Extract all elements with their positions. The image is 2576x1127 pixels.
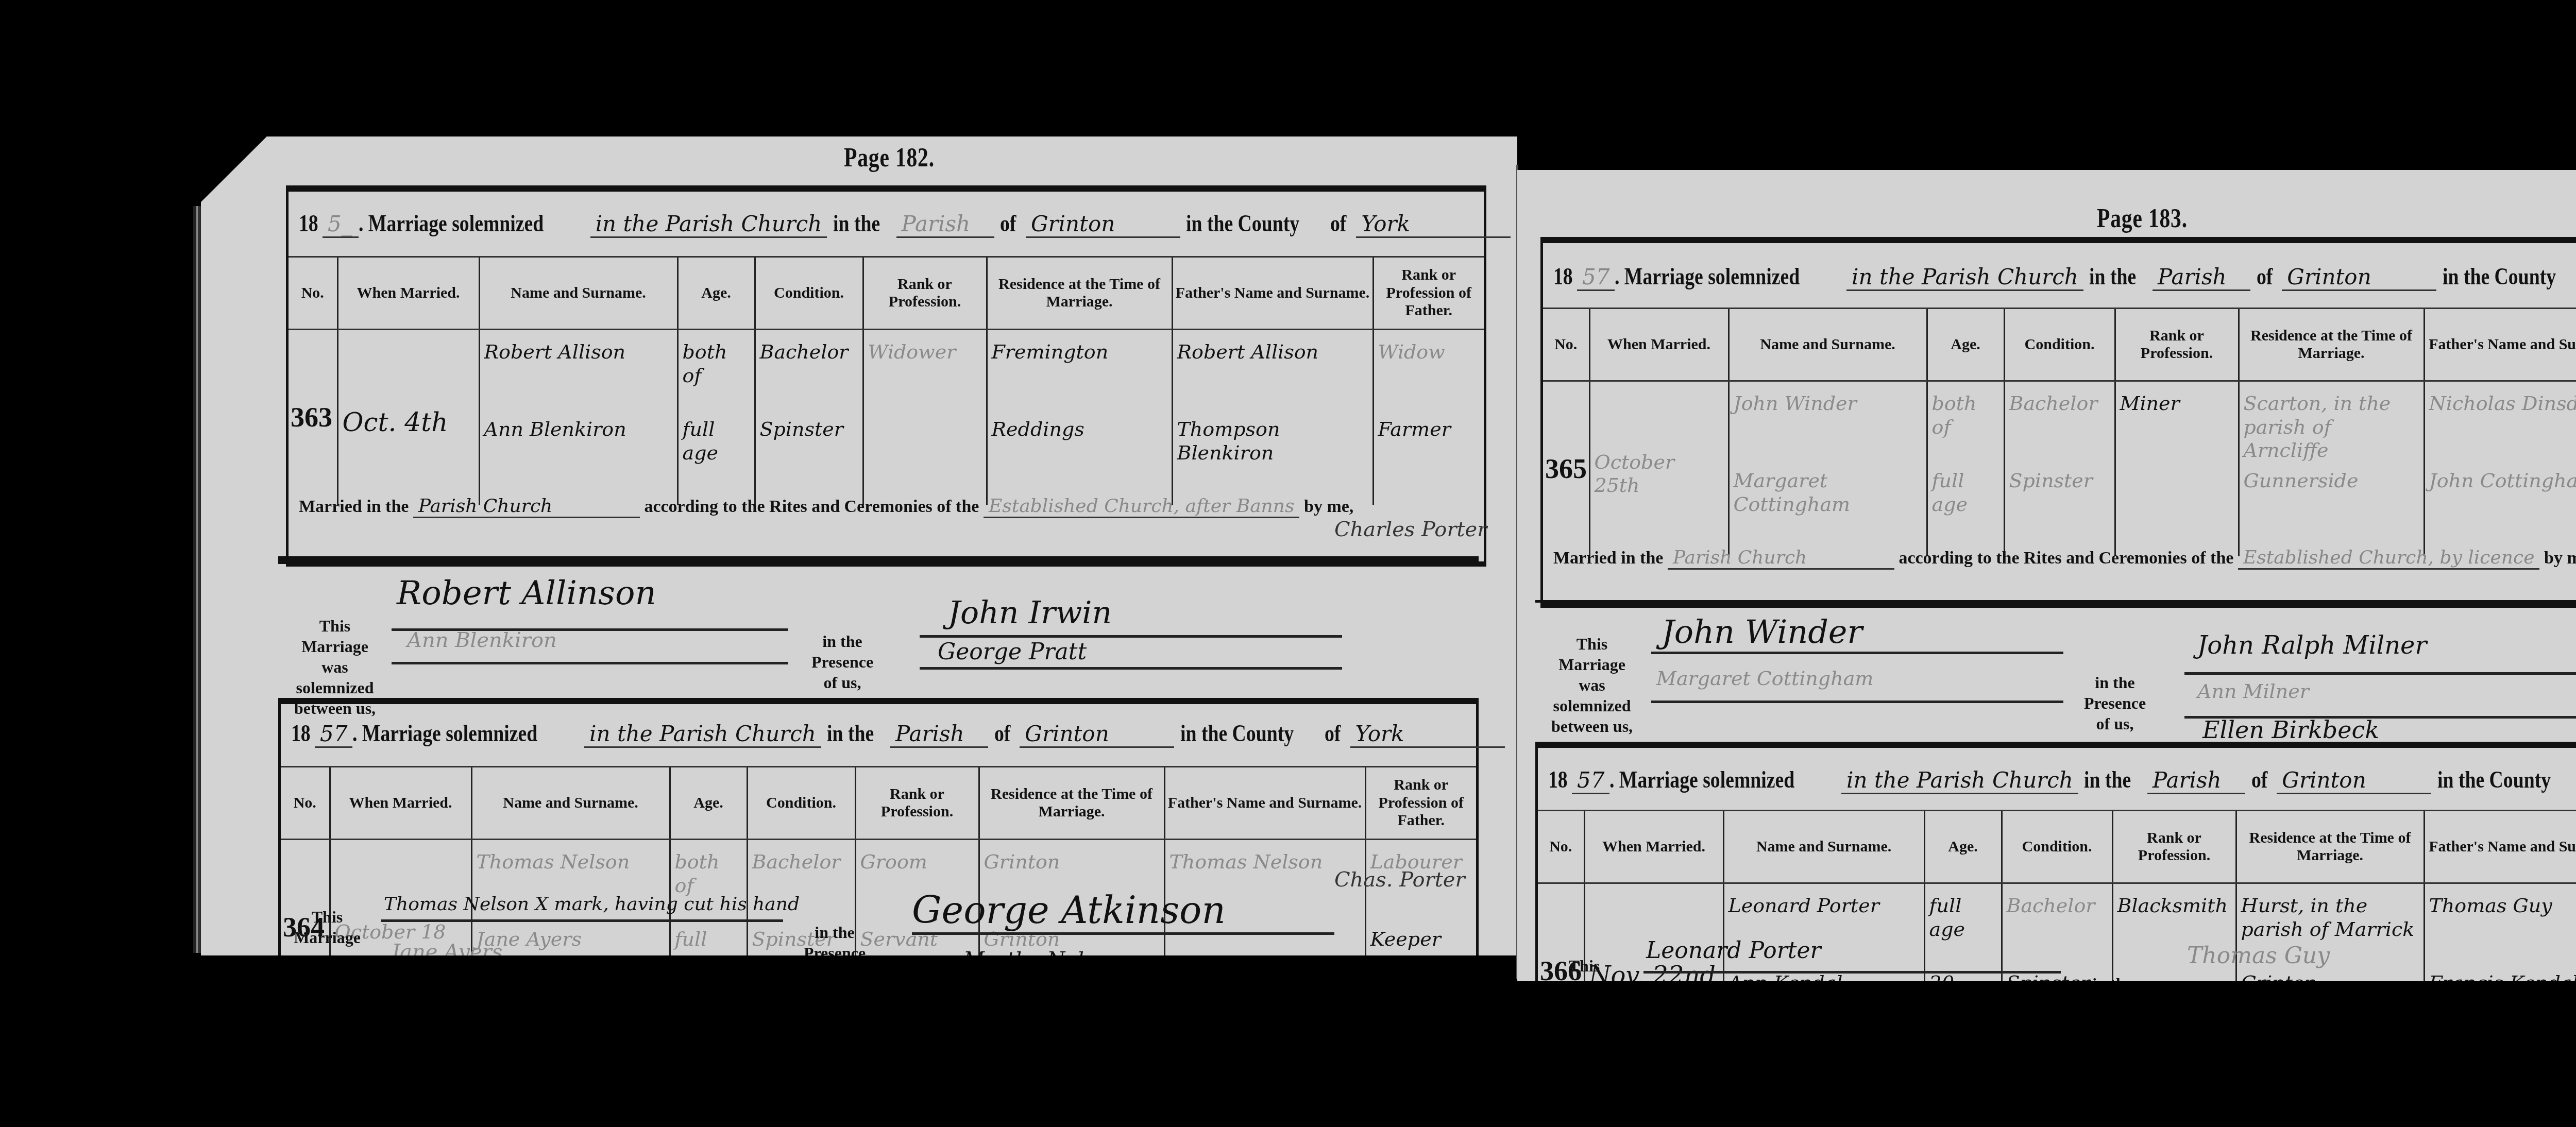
groom-age: both of <box>1932 392 1999 469</box>
married-in-value: Parish Church <box>1668 547 1894 570</box>
label-of: of <box>994 720 1010 747</box>
bride-father: Francis Kendal <box>2429 971 2576 1049</box>
label-marriage-solemnized: . Marriage solemnized <box>352 720 537 747</box>
label-marriage-solemnized: . Marriage solemnized <box>1615 263 1800 290</box>
ages: both offull age <box>677 330 755 505</box>
witness-signature-1: John Ralph Milner <box>2197 631 2427 660</box>
entry-number: 363 <box>289 330 337 505</box>
table-row: 365 October 25th John WinderMargaret Cot… <box>1543 381 2576 556</box>
groom-age: full age <box>1929 894 1997 971</box>
fathers: Nicholas DinsdaleJohn Cottingham <box>2424 381 2576 556</box>
place: in the Parish Church <box>584 721 821 748</box>
rites-value: Established Church, after banns <box>976 1005 1290 1028</box>
witness-signature-1: John Irwin <box>948 595 1112 631</box>
col-rank: Rank or Profession. <box>2115 309 2239 381</box>
groom-name: John Winder <box>1734 392 1922 469</box>
entry-number: 365 <box>1543 381 1589 556</box>
groom-residence: Fremington <box>992 340 1167 418</box>
label-of: of <box>1000 210 1016 237</box>
label-presence: in thePresenceof us, <box>2074 974 2151 1035</box>
district-type: Parish <box>2147 767 2245 794</box>
col-rank: Rank or Profession. <box>855 767 979 840</box>
rites-value: Established Church, by licence <box>2238 547 2540 570</box>
table-header-row: No. When Married. Name and Surname. Age.… <box>281 767 1476 840</box>
bride-residence: Grinton <box>984 928 1160 1005</box>
label-in-the: in the <box>2084 766 2131 793</box>
label-presence: in thePresenceof us, <box>796 922 873 984</box>
col-name: Name and Surname. <box>471 767 670 840</box>
label-married-in: Married in the <box>291 1007 401 1026</box>
married-in-value: Parish Church <box>1663 1047 1889 1069</box>
year-prefix: 18 <box>299 210 318 237</box>
when-married: October 25th <box>1589 381 1728 556</box>
lbl-line: This Marriage <box>301 617 368 656</box>
col-father-rank: Rank or Profession of Father. <box>1373 257 1484 330</box>
label-according-to: according to the Rites and Ceremonies of… <box>644 497 979 516</box>
conditions: BachelorSpinster <box>2004 381 2115 556</box>
signature-line <box>2184 672 2576 675</box>
col-residence: Residence at the Time of Marriage. <box>979 767 1164 840</box>
year-suffix: 57 <box>1577 264 1615 291</box>
witness-signature-2: Ann Milner <box>2197 680 2309 703</box>
col-age: Age. <box>1927 309 2004 381</box>
witness-signature-3: Alice Brown <box>948 994 1062 1015</box>
bride-age: full age <box>683 418 750 495</box>
col-father-rank: Rank or Profession of Father. <box>1365 767 1476 840</box>
lbl-line: Presence <box>804 944 866 962</box>
lbl-line: Presence <box>2084 694 2146 712</box>
lbl-line: Presence <box>2081 995 2143 1014</box>
year-prefix: 18 <box>291 720 311 747</box>
label-county: in the County <box>1186 210 1299 237</box>
residences: FremingtonReddings <box>987 330 1172 505</box>
col-father-name: Father's Name and Surname. <box>1172 257 1373 330</box>
witness-signature-2: Martha Nelson <box>963 948 1120 971</box>
label-county: in the County <box>2437 766 2551 793</box>
married-in-line: Married in the Parish Church according t… <box>291 1005 1466 1028</box>
groom-father: Nicholas Dinsdale <box>2429 392 2576 469</box>
label-county: in the County <box>2443 263 2556 290</box>
district: Grinton <box>1020 721 1174 748</box>
bride-name: Ann Blenkiron <box>484 418 673 495</box>
entry-header: 1857. Marriage solemnized in the Parish … <box>1548 766 2576 794</box>
col-age: Age. <box>677 257 755 330</box>
rites-value: Established Church, after Banns <box>2233 1047 2549 1069</box>
residences: Hurst, in the parish of MarrickGrinton <box>2236 883 2424 1058</box>
signature-line <box>920 667 1342 670</box>
bride-residence: Gunnerside <box>2244 469 2419 547</box>
bride-father: John Cottingham <box>2429 469 2576 547</box>
married-in-value: Parish Church <box>413 496 640 518</box>
bride-rank <box>2120 469 2234 547</box>
ranks: Blacksmith <box>2112 883 2236 1058</box>
groom-age: both of <box>675 850 742 928</box>
col-when-married: When Married. <box>1584 811 1723 883</box>
signature-line <box>392 662 788 664</box>
col-when-married: When Married. <box>337 257 479 330</box>
label-presence: in thePresenceof us, <box>2076 672 2154 734</box>
district: Grinton <box>1026 211 1180 238</box>
entry-header: 1857. Marriage solemnized in the Parish … <box>291 720 1466 748</box>
label-by-me: by me, <box>1295 1007 1344 1026</box>
lbl-line: solemnized <box>288 969 366 988</box>
county: York <box>1356 211 1511 238</box>
register-table: No. When Married. Name and Surname. Age.… <box>1538 810 2576 1058</box>
party-signature-2: Ann Kendal X mark <box>1646 984 1849 1008</box>
married-in-line: Married in the Parish Church according t… <box>1548 1047 2576 1069</box>
bride-father-rank: Keeper <box>1370 928 1472 1005</box>
when-married: Oct. 4th <box>337 330 479 505</box>
district-type: Parish <box>890 721 988 748</box>
table-header-row: No. When Married. Name and Surname. Age.… <box>289 257 1484 330</box>
bride-name: Jane Ayers <box>477 928 665 1005</box>
district: Grinton <box>2282 264 2436 291</box>
lbl-line: solemnized <box>1553 696 1631 715</box>
label-by-me: by me, <box>2544 549 2576 568</box>
signature-line <box>1651 701 2063 703</box>
signature-line <box>912 971 1334 974</box>
col-rank: Rank or Profession. <box>863 257 987 330</box>
party-signature-1: John Winder <box>1662 613 1862 651</box>
district: Grinton <box>2277 767 2431 794</box>
lbl-line: was <box>314 949 341 967</box>
lbl-line: was <box>321 658 348 676</box>
register-page-left: Page 182. 185_. Marriage solemnized in t… <box>201 136 1517 955</box>
signature-line <box>2184 716 2576 719</box>
entry-header: 1857. Marriage solemnized in the Parish … <box>1553 263 2576 291</box>
fathers: Thomas GuyFrancis Kendal <box>2424 883 2576 1058</box>
place: in the Parish Church <box>1841 767 2078 794</box>
marriage-entry-366: 1857. Marriage solemnized in the Parish … <box>1535 742 2576 1107</box>
groom-name: Thomas Nelson <box>477 850 665 928</box>
bride-residence: Grinton <box>2241 971 2419 1049</box>
party-signature-2: Jane Ayers <box>392 940 502 964</box>
signature-line <box>381 919 783 922</box>
bride-father <box>1170 928 1361 1005</box>
lbl-line: was <box>1571 998 1598 1016</box>
party-signature-2: Margaret Cottingham <box>1656 667 1873 690</box>
table-row: 364 October 18 Thomas NelsonJane Ayers b… <box>281 840 1476 1015</box>
label-marriage-solemnized: . Marriage solemnized <box>359 210 544 237</box>
label-according-to: according to the Rites and Ceremonies of… <box>1899 549 2233 568</box>
register-page-right: Page 183. 1857. Marriage solemnized in t… <box>1517 170 2576 981</box>
signature-line <box>1651 652 2063 654</box>
col-name: Name and Surname. <box>1723 811 1924 883</box>
signature-line <box>1643 1012 2061 1015</box>
lbl-line: between us, <box>1551 717 1633 736</box>
groom-rank: Miner <box>2120 392 2234 469</box>
witness-signature-3: Frances Kendal <box>2187 1022 2375 1050</box>
bride-residence: Reddings <box>992 418 1167 495</box>
signature-line <box>920 635 1342 638</box>
groom-condition: Bachelor <box>2007 894 2108 971</box>
groom-age: both of <box>683 340 750 418</box>
bride-age: full age <box>675 928 742 1005</box>
district-type: Parish <box>896 211 994 238</box>
register-table: No. When Married. Name and Surname. Age.… <box>281 766 1476 1015</box>
col-father-name: Father's Name and Surname. <box>2424 309 2576 381</box>
bride-father: Thompson Blenkiron <box>1177 418 1368 495</box>
married-in-line: Married in the Parish Church according t… <box>1553 547 2576 570</box>
bride-rank <box>868 418 982 495</box>
col-condition: Condition. <box>747 767 855 840</box>
col-no: No. <box>289 257 337 330</box>
groom-father: Thomas Guy <box>2429 894 2576 971</box>
register-table: No. When Married. Name and Surname. Age.… <box>289 256 1484 505</box>
lbl-line: solemnized <box>1545 1018 1623 1037</box>
label-by-me: by me, <box>2553 1048 2576 1067</box>
bride-condition: Spinster <box>2007 971 2108 1049</box>
names: John WinderMargaret Cottingham <box>1728 381 1927 556</box>
label-in-the: in the <box>827 720 874 747</box>
label-presence: in thePresenceof us, <box>804 631 881 693</box>
label-married-in: Married in the <box>1548 1048 1658 1067</box>
label-married-in: Married in the <box>1553 549 1663 568</box>
party-signature-2: Ann Blenkiron <box>407 628 557 652</box>
party-signature-1: Thomas Nelson X mark, having cut his han… <box>384 894 800 915</box>
table-header-row: No. When Married. Name and Surname. Age.… <box>1538 811 2576 883</box>
lbl-line: in the <box>2095 673 2134 692</box>
district-type: Parish <box>2153 264 2250 291</box>
signature-line <box>381 961 783 963</box>
col-when-married: When Married. <box>1589 309 1728 381</box>
col-father-name: Father's Name and Surname. <box>1164 767 1365 840</box>
label-married-in: Married in the <box>299 497 409 516</box>
label-county-of: of <box>1325 720 1341 747</box>
groom-condition: Bachelor <box>760 340 858 418</box>
col-name: Name and Surname. <box>479 257 677 330</box>
signature-line <box>392 628 788 631</box>
marriage-entry-364: 1857. Marriage solemnized in the Parish … <box>278 698 1479 1079</box>
lbl-line: was <box>1579 676 1605 694</box>
ranks: Widower <box>863 330 987 505</box>
witness-signature-1: George Atkinson <box>912 889 1226 932</box>
marriage-entry-366 <box>1535 600 2576 603</box>
when-married-value: Oct. 4th <box>343 407 448 437</box>
lbl-line: of us, <box>824 673 861 692</box>
col-residence: Residence at the Time of Marriage. <box>2239 309 2424 381</box>
year-prefix: 18 <box>1548 766 1568 793</box>
signature-line <box>1643 971 2061 974</box>
residences: Scarton, in the parish of ArncliffeGunne… <box>2239 381 2424 556</box>
witness-signature-3: Ellen Birkbeck <box>2202 716 2379 744</box>
officiant-signature: Chas. Porter <box>1334 868 1465 892</box>
groom-father-rank: Widow <box>1378 340 1480 418</box>
bride-rank: Servant <box>860 928 974 1005</box>
label-this-marriage: This Marriagewassolemnizedbetween us, <box>1546 634 1638 737</box>
groom-residence: Scarton, in the parish of Arncliffe <box>2244 392 2419 469</box>
page-number: Page 182. <box>844 143 935 173</box>
year-suffix: 57 <box>315 721 352 748</box>
names: Robert AllisonAnn Blenkiron <box>479 330 677 505</box>
col-no: No. <box>1543 309 1589 381</box>
label-of: of <box>2251 766 2267 793</box>
ages: both offull age <box>670 840 747 1015</box>
ages: both offull age <box>1927 381 2004 556</box>
father-ranks: LabourerKeeper <box>1365 840 1476 1015</box>
groom-rank: Widower <box>868 340 982 418</box>
father-ranks: WidowFarmer <box>1373 330 1484 505</box>
lbl-line: This Marriage <box>1551 957 1618 996</box>
names: Thomas NelsonJane Ayers <box>471 840 670 1015</box>
register-table: No. When Married. Name and Surname. Age.… <box>1543 308 2576 556</box>
lbl-line: This Marriage <box>1558 635 1625 674</box>
label-this-marriage: This Marriagewassolemnizedbetween us, <box>281 907 374 1010</box>
table-row: 363 Oct. 4th Robert AllisonAnn Blenkiron… <box>289 330 1484 505</box>
year-prefix: 18 <box>1553 263 1573 290</box>
year-suffix: 57 <box>1572 767 1609 794</box>
entry-header: 185_. Marriage solemnized in the Parish … <box>299 210 1473 238</box>
ranks: Miner <box>2115 381 2239 556</box>
when-married-value: October 25th <box>1595 451 1675 497</box>
bride-rank <box>2117 971 2231 1049</box>
fathers: Robert AllisonThompson Blenkiron <box>1172 330 1373 505</box>
col-name: Name and Surname. <box>1728 309 1927 381</box>
page-number: Page 183. <box>2097 203 2188 234</box>
bride-condition: Spinster <box>2009 469 2110 547</box>
col-age: Age. <box>1924 811 2002 883</box>
bride-name: Margaret Cottingham <box>1734 469 1922 547</box>
lbl-line: This Marriage <box>294 908 361 947</box>
place: in the Parish Church <box>590 211 827 238</box>
marriage-entry-364 <box>278 556 1479 564</box>
year-suffix: 5_ <box>323 211 359 238</box>
label-marriage-solemnized: . Marriage solemnized <box>1609 766 1794 793</box>
bride-age: full age <box>1932 469 1999 547</box>
witness-signature-2: Ann Guy <box>2187 989 2272 1012</box>
marriage-entry-363: 185_. Marriage solemnized in the Parish … <box>286 185 1486 567</box>
married-in-value: Parish Church <box>405 1005 632 1028</box>
lbl-line: of us, <box>816 964 854 983</box>
col-when-married: When Married. <box>330 767 471 840</box>
officiant-signature: Charles Porter <box>1334 518 1487 541</box>
label-this-marriage: This Marriagewassolemnizedbetween us, <box>1538 955 1631 1058</box>
marriage-entry-365: 1857. Marriage solemnized in the Parish … <box>1540 237 2576 608</box>
label-in-the: in the <box>833 210 880 237</box>
col-no: No. <box>1538 811 1584 883</box>
bride-name: Ann Kendal <box>1728 971 1920 1049</box>
witness-signature-1: Thomas Guy <box>2187 943 2330 969</box>
bride-father-rank: Farmer <box>1378 418 1480 495</box>
lbl-line: between us, <box>286 990 368 1009</box>
place: in the Parish Church <box>1846 264 2083 291</box>
col-condition: Condition. <box>755 257 863 330</box>
col-age: Age. <box>670 767 747 840</box>
label-county-of: of <box>1330 210 1346 237</box>
signature-line <box>2182 984 2576 986</box>
label-of: of <box>2257 263 2273 290</box>
groom-name: Robert Allison <box>484 340 673 418</box>
rites-value: Established Church, after Banns <box>984 496 1300 518</box>
party-signature-1: Leonard Porter <box>1646 937 1821 964</box>
groom-condition: Bachelor <box>752 850 851 928</box>
bride-condition: Spinster <box>760 418 858 495</box>
col-father-name: Father's Name and Surname. <box>2424 811 2576 883</box>
label-county: in the County <box>1180 720 1294 747</box>
county: York <box>1350 721 1505 748</box>
col-condition: Condition. <box>2004 309 2115 381</box>
signature-line <box>912 932 1334 935</box>
lbl-line: between us, <box>1544 1039 1625 1057</box>
label-according-to: according to the Rites and Ceremonies of… <box>1893 1048 2228 1067</box>
col-residence: Residence at the Time of Marriage. <box>987 257 1172 330</box>
lbl-line: of us, <box>2096 714 2134 733</box>
col-residence: Residence at the Time of Marriage. <box>2236 811 2424 883</box>
table-header-row: No. When Married. Name and Surname. Age.… <box>1543 309 2576 381</box>
groom-father: Robert Allison <box>1177 340 1368 418</box>
lbl-line: of us, <box>2094 1016 2131 1034</box>
signature-line <box>2182 1020 2576 1022</box>
lbl-line: in the <box>2092 975 2132 993</box>
groom-condition: Bachelor <box>2009 392 2110 469</box>
party-signature-1: Robert Allinson <box>397 574 656 612</box>
lbl-line: Presence <box>811 653 873 671</box>
label-in-the: in the <box>2089 263 2136 290</box>
col-rank: Rank or Profession. <box>2112 811 2236 883</box>
label-according-to: according to the Rites and Ceremonies of… <box>636 1007 971 1026</box>
married-in-line: Married in the Parish Church according t… <box>299 496 1473 518</box>
label-by-me: by me, <box>1304 497 1353 516</box>
col-no: No. <box>281 767 330 840</box>
lbl-line: in the <box>815 923 854 942</box>
bride-age: 20 <box>1929 971 1997 1049</box>
lbl-line: in the <box>822 632 862 651</box>
col-condition: Condition. <box>2002 811 2112 883</box>
witness-signature-2: George Pratt <box>938 639 1087 665</box>
conditions: BachelorSpinster <box>755 330 863 505</box>
lbl-line: solemnized <box>296 678 374 697</box>
